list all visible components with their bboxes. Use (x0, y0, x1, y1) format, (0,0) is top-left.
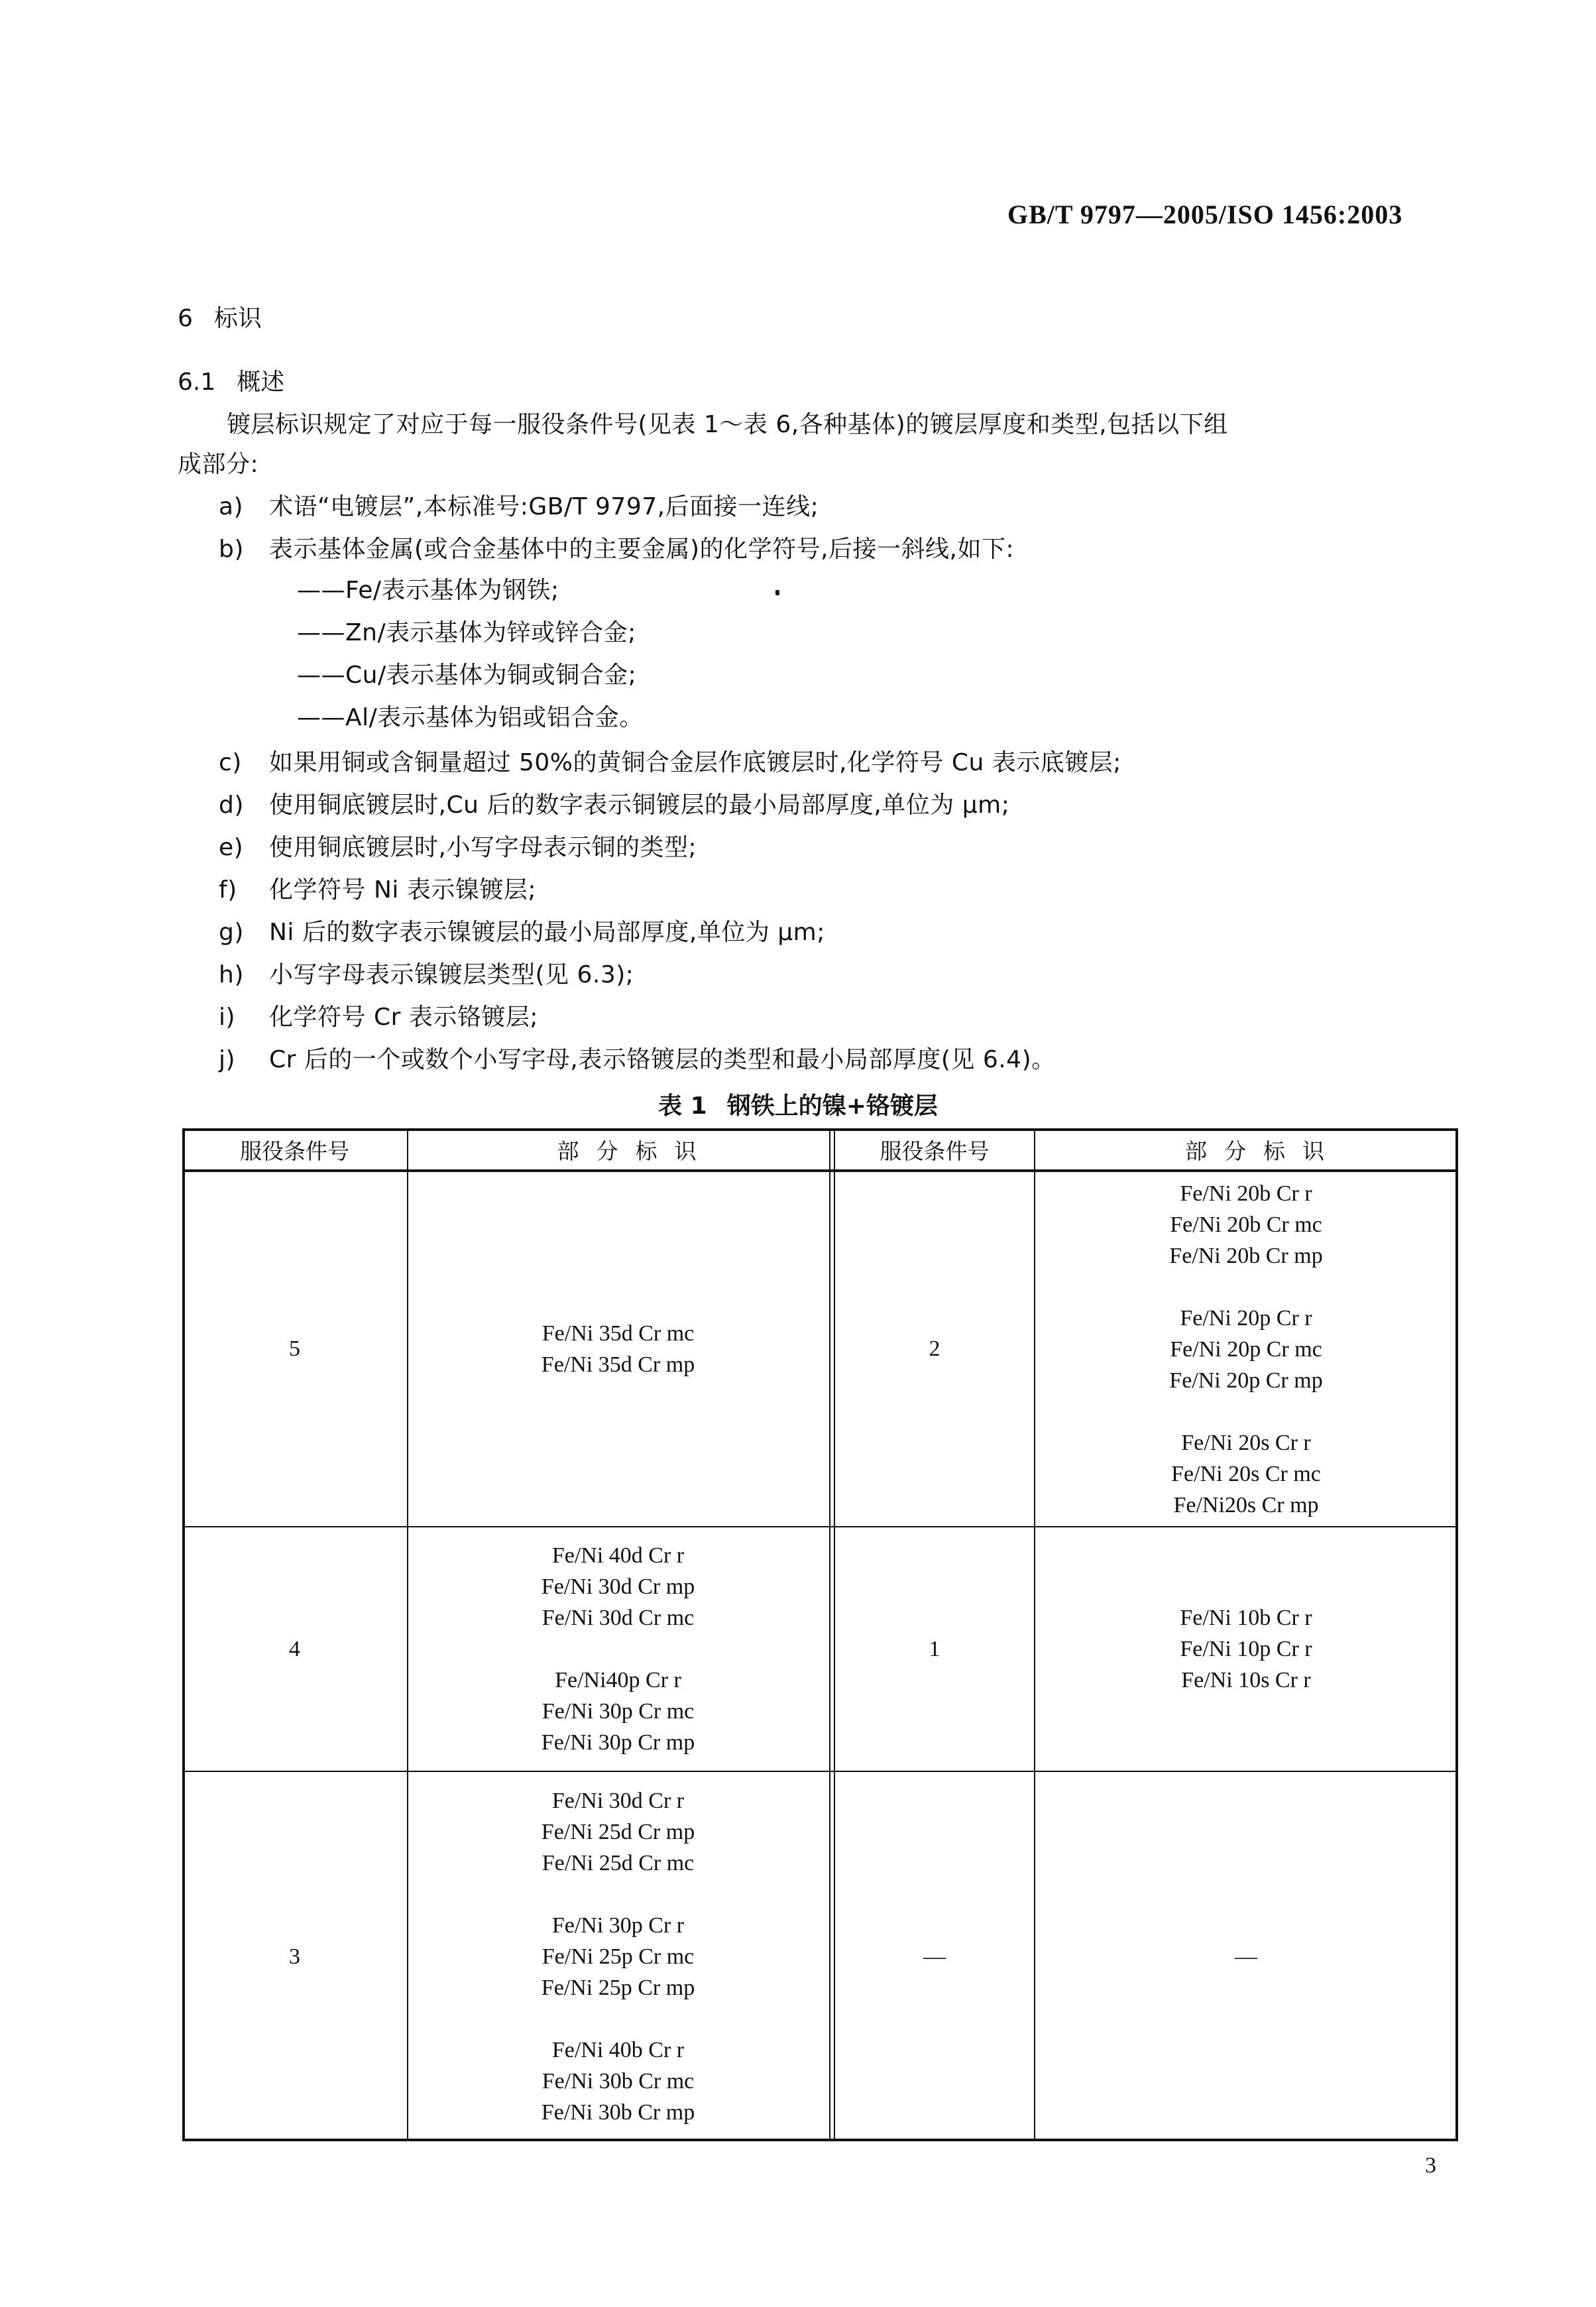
designation-line: Fe/Ni 30b Cr mp (541, 2097, 695, 2128)
designation-line: Fe/Ni40p Cr r (555, 1665, 681, 1696)
list-text: 如果用铜或含铜量超过 50%的黄铜合金层作底镀层时,化学符号 Cu 表示底镀层; (269, 749, 1121, 776)
table-cell-designations: Fe/Ni 35d Cr mc Fe/Ni 35d Cr mp (407, 1172, 829, 1526)
table-header-designation-left: 部分标识 (407, 1128, 846, 1171)
list-label: e) (219, 834, 269, 861)
list-item-f: f)化学符号 Ni 表示镍镀层; (219, 871, 536, 905)
list-item-j: j)Cr 后的一个或数个小写字母,表示铬镀层的类型和最小局部厚度(见 6.4)。 (219, 1041, 1056, 1075)
list-item-d: d)使用铜底镀层时,Cu 后的数字表示铜镀层的最小局部厚度,单位为 μm; (219, 786, 1009, 820)
list-text: 使用铜底镀层时,小写字母表示铜的类型; (269, 834, 697, 861)
subsection-title: 概述 (237, 369, 284, 396)
designation-line: Fe/Ni 40b Cr r (552, 2035, 684, 2066)
designation-line: Fe/Ni 20p Cr mc (1170, 1334, 1322, 1365)
substrate-item-fe: ——Fe/表示基体为钢铁; (297, 571, 559, 605)
list-text: Cr 后的一个或数个小写字母,表示铬镀层的类型和最小局部厚度(见 6.4)。 (269, 1046, 1056, 1073)
designation-line: Fe/Ni 30p Cr mc (542, 1696, 694, 1727)
table-cell-condition-empty: — (835, 1772, 1034, 2141)
table-header-condition-left: 服役条件号 (182, 1128, 407, 1171)
designation-line: Fe/Ni 35d Cr mp (541, 1349, 695, 1380)
designation-line: Fe/Ni 20b Cr mc (1170, 1209, 1322, 1240)
standard-code-header: GB/T 9797—2005/ISO 1456:2003 (1007, 199, 1402, 230)
list-text: 小写字母表示镍镀层类型(见 6.3); (269, 961, 634, 988)
table-cell-designations-empty: — (1034, 1772, 1458, 2141)
table-header-designation-right: 部分标识 (1034, 1128, 1475, 1171)
table-cell-condition: 2 (835, 1172, 1034, 1526)
designation-line: Fe/Ni 20s Cr r (1181, 1427, 1311, 1458)
table-col-rule (829, 1128, 830, 2141)
section-title: 标识 (214, 305, 262, 332)
subsection-heading: 6.1概述 (178, 363, 284, 397)
designation-line: Fe/Ni 25d Cr mp (541, 1816, 695, 1848)
designation-line: Fe/Ni 20p Cr r (1180, 1303, 1312, 1334)
list-text: 使用铜底镀层时,Cu 后的数字表示铜镀层的最小局部厚度,单位为 μm; (269, 792, 1009, 819)
designation-line: Fe/Ni 35d Cr mc (542, 1318, 694, 1349)
table-cell-designations: Fe/Ni 40d Cr r Fe/Ni 30d Cr mp Fe/Ni 30d… (407, 1527, 829, 1771)
designation-line: Fe/Ni 20p Cr mp (1169, 1365, 1322, 1396)
table-caption-number: 表 1 (658, 1093, 707, 1120)
table-header-condition-right: 服役条件号 (835, 1128, 1034, 1171)
designation-line: Fe/Ni 30d Cr mc (542, 1602, 694, 1633)
list-item-e: e)使用铜底镀层时,小写字母表示铜的类型; (219, 829, 697, 862)
designation-line: Fe/Ni 30p Cr mp (541, 1727, 695, 1758)
table-cell-designations: Fe/Ni 30d Cr r Fe/Ni 25d Cr mp Fe/Ni 25d… (407, 1772, 829, 2141)
designation-line: Fe/Ni 25p Cr mc (542, 1941, 694, 1972)
designation-line: Fe/Ni 30d Cr r (552, 1785, 684, 1816)
table-cell-designations: Fe/Ni 10b Cr r Fe/Ni 10p Cr r Fe/Ni 10s … (1034, 1527, 1458, 1771)
list-label: d) (219, 792, 269, 819)
substrate-item-al: ——Al/表示基体为铝或铝合金。 (297, 699, 644, 733)
list-text: 表示基体金属(或合金基体中的主要金属)的化学符号,后接一斜线,如下: (269, 536, 1014, 563)
substrate-item-zn: ——Zn/表示基体为锌或锌合金; (297, 614, 636, 648)
list-text: 化学符号 Ni 表示镍镀层; (269, 876, 536, 904)
table-caption: 表 1钢铁上的镍+铬镀层 (0, 1087, 1596, 1121)
designation-line: Fe/Ni 10s Cr r (1181, 1665, 1311, 1696)
list-item-a: a)术语“电镀层”,本标准号:GB/T 9797,后面接一连线; (219, 488, 819, 522)
list-item-h: h)小写字母表示镍镀层类型(见 6.3); (219, 956, 634, 990)
section-heading: 6标识 (178, 300, 262, 333)
list-item-c: c)如果用铜或含铜量超过 50%的黄铜合金层作底镀层时,化学符号 Cu 表示底镀… (219, 744, 1121, 778)
list-label: b) (219, 536, 269, 563)
list-text: Ni 后的数字表示镍镀层的最小局部厚度,单位为 μm; (269, 919, 825, 946)
table-cell-condition: 1 (835, 1527, 1034, 1771)
designation-line: Fe/Ni 40d Cr r (552, 1540, 684, 1571)
list-label: h) (219, 961, 269, 988)
table-caption-title: 钢铁上的镍+铬镀层 (727, 1093, 938, 1120)
intro-paragraph-line2: 成部分: (178, 445, 258, 479)
list-text: 术语“电镀层”,本标准号:GB/T 9797,后面接一连线; (269, 493, 819, 520)
list-label: c) (219, 749, 269, 776)
list-label: a) (219, 493, 269, 520)
table-cell-condition: 4 (182, 1527, 407, 1771)
list-item-g: g)Ni 后的数字表示镍镀层的最小局部厚度,单位为 μm; (219, 914, 825, 947)
table-cell-designations: Fe/Ni 20b Cr r Fe/Ni 20b Cr mc Fe/Ni 20b… (1034, 1172, 1458, 1526)
intro-paragraph-line1: 镀层标识规定了对应于每一服役条件号(见表 1～表 6,各种基体)的镀层厚度和类型… (227, 406, 1228, 440)
designation-line: Fe/Ni 10p Cr r (1180, 1633, 1312, 1665)
list-label: i) (219, 1004, 269, 1031)
designation-line: Fe/Ni 10b Cr r (1180, 1602, 1312, 1633)
list-label: f) (219, 876, 269, 904)
subsection-number: 6.1 (178, 369, 215, 396)
designation-line: Fe/Ni 20b Cr mp (1169, 1240, 1322, 1272)
designation-line: Fe/Ni 30b Cr mc (542, 2066, 694, 2097)
designation-line: Fe/Ni 20s Cr mc (1171, 1458, 1321, 1490)
designation-line: Fe/Ni 25d Cr mc (542, 1848, 694, 1879)
designation-line: Fe/Ni20s Cr mp (1173, 1490, 1318, 1521)
list-item-b: b)表示基体金属(或合金基体中的主要金属)的化学符号,后接一斜线,如下: (219, 530, 1014, 564)
list-label: g) (219, 919, 269, 946)
list-item-i: i)化学符号 Cr 表示铬镀层; (219, 998, 538, 1032)
designation-line: Fe/Ni 30p Cr r (552, 1910, 684, 1941)
designation-line: Fe/Ni 30d Cr mp (541, 1571, 695, 1602)
substrate-item-cu: ——Cu/表示基体为铜或铜合金; (297, 656, 636, 690)
list-text: 化学符号 Cr 表示铬镀层; (269, 1004, 538, 1031)
designation-line: Fe/Ni 25p Cr mp (541, 1972, 695, 2003)
designation-line: Fe/Ni 20b Cr r (1180, 1178, 1312, 1209)
scan-speck (775, 590, 779, 595)
table-cell-condition: 3 (182, 1772, 407, 2141)
list-label: j) (219, 1046, 269, 1073)
table-cell-condition: 5 (182, 1172, 407, 1526)
section-number: 6 (178, 305, 193, 332)
page-number: 3 (1425, 2153, 1436, 2178)
